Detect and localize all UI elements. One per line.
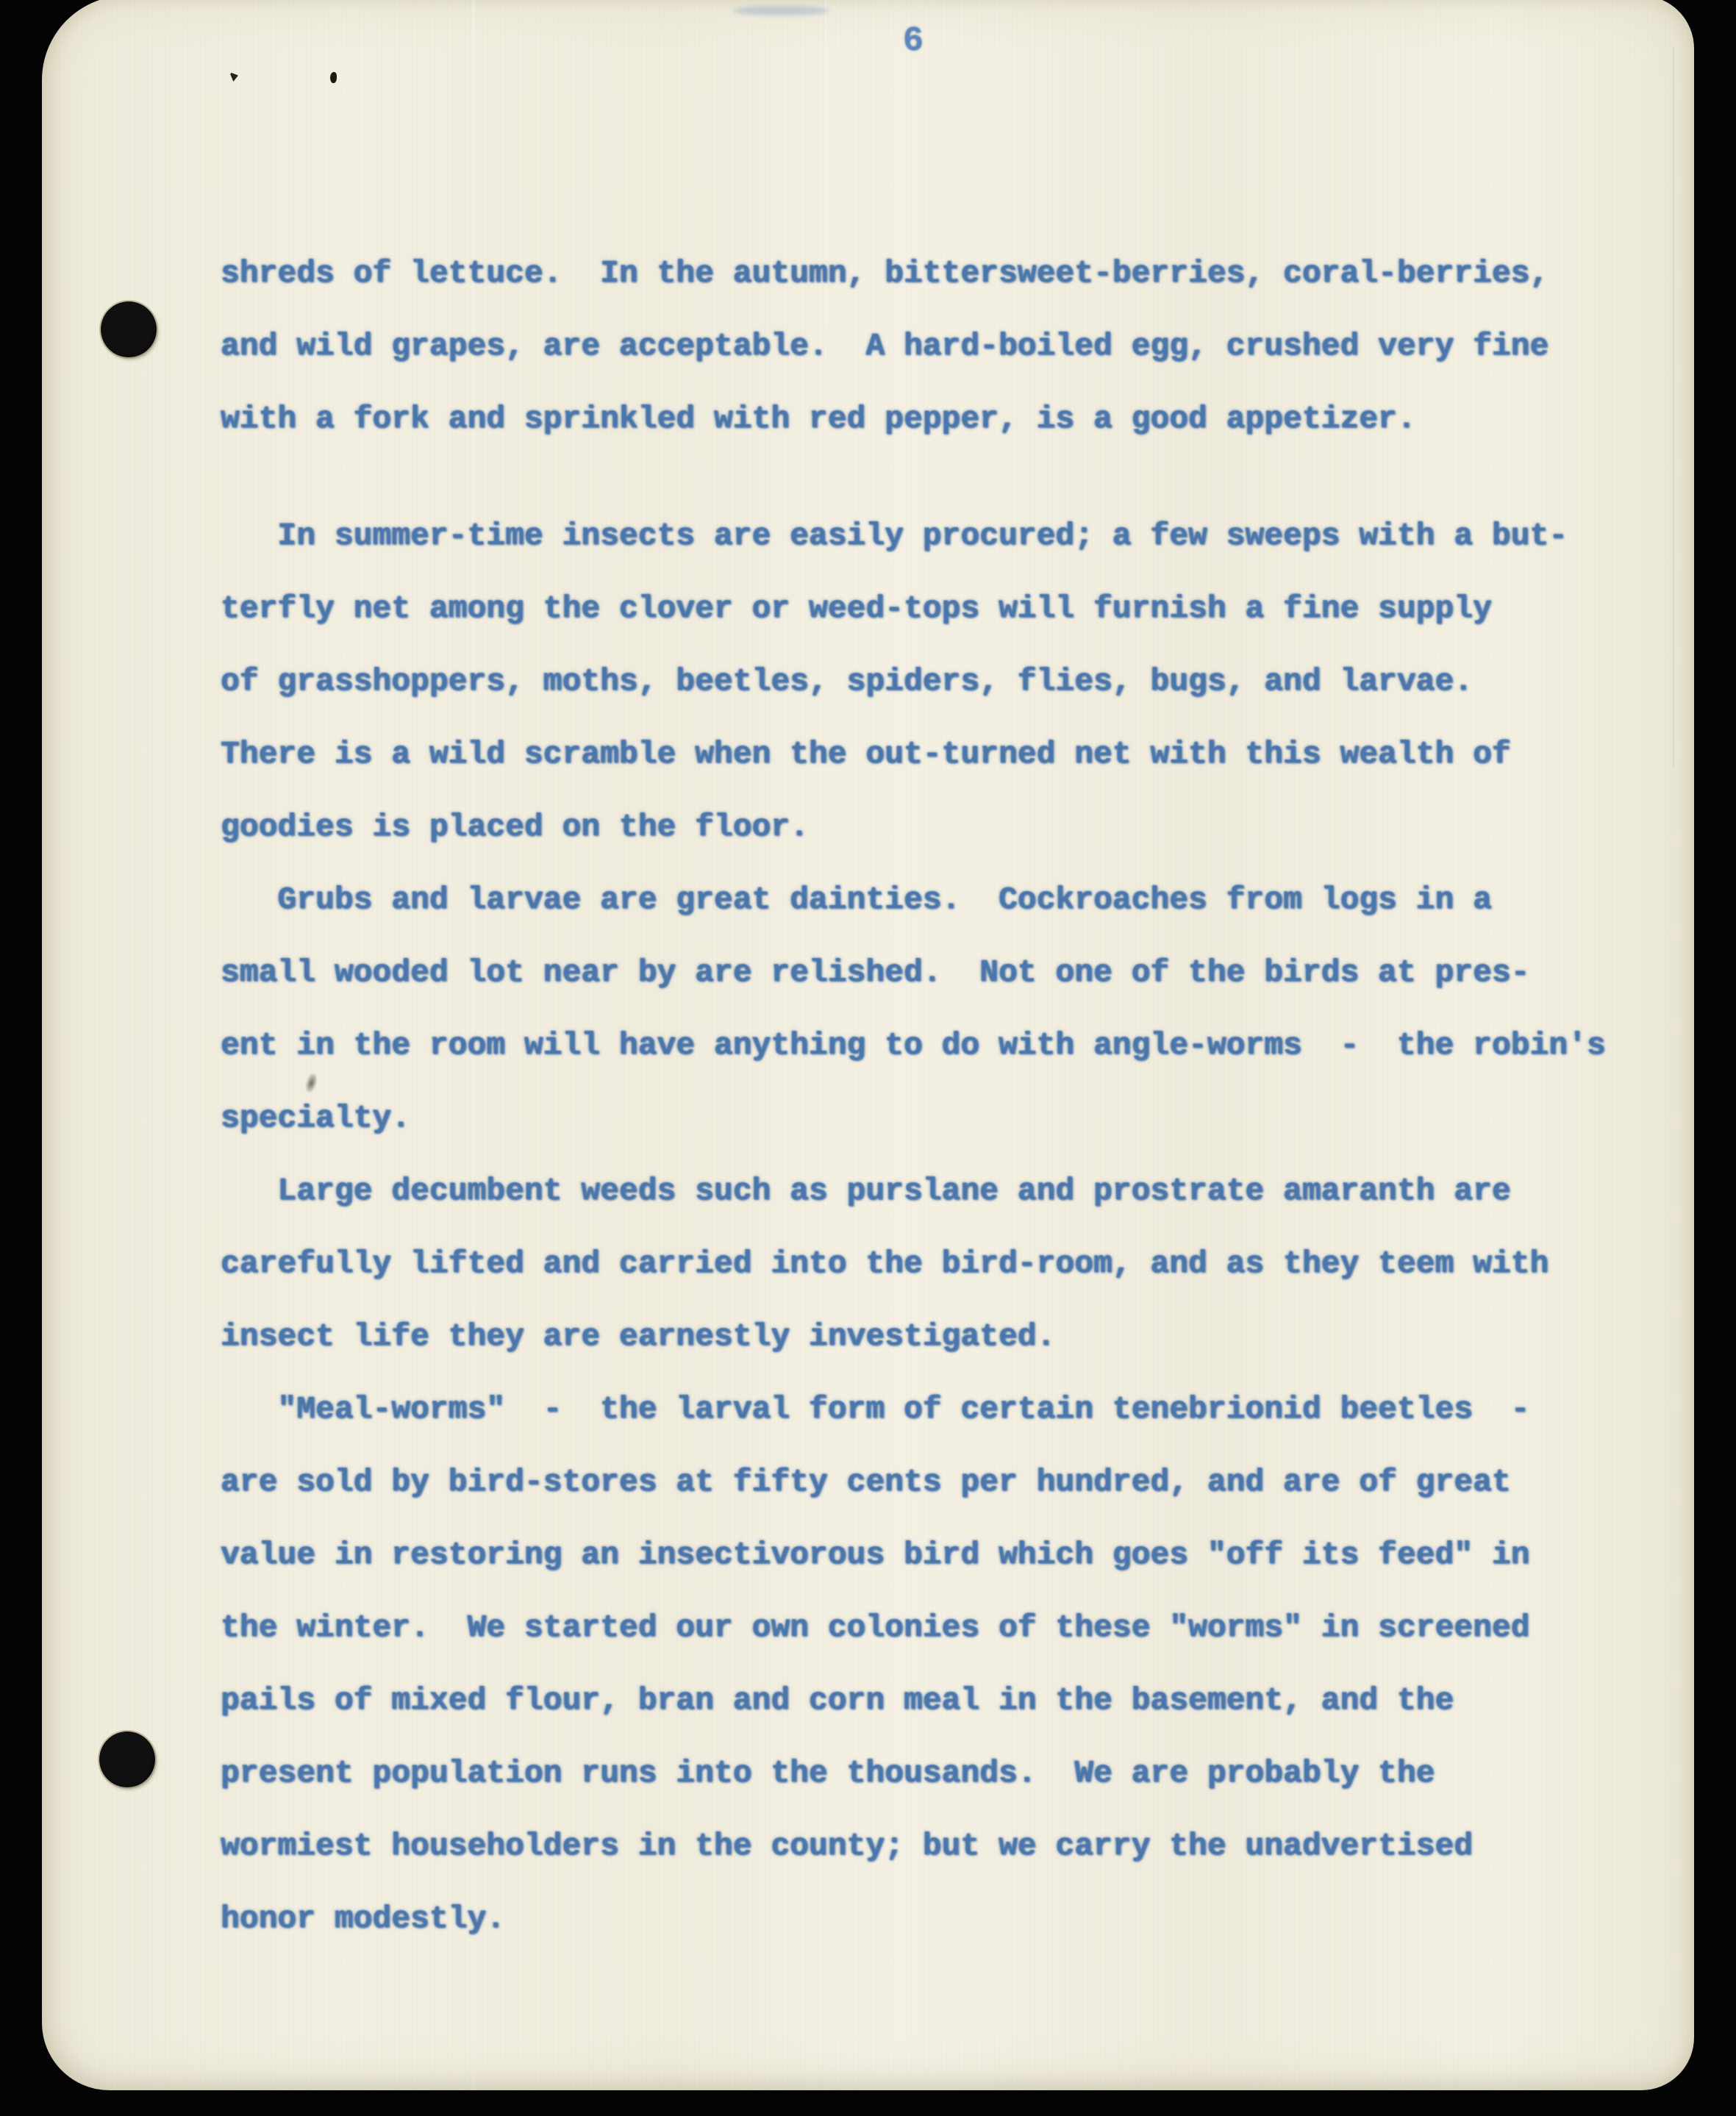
text-line: carefully lifted and carried into the bi… — [221, 1227, 1676, 1300]
punch-hole-top — [101, 301, 157, 357]
text-line: and wild grapes, are acceptable. A hard-… — [221, 310, 1676, 382]
text-line: specialty. — [221, 1082, 1676, 1154]
typewritten-text-block: shreds of lettuce. In the autumn, bitter… — [221, 237, 1676, 1955]
ink-smear — [733, 6, 829, 15]
text-line: small wooded lot near by are relished. N… — [221, 936, 1676, 1009]
scanner-background: 6 shreds of lettuce. In the autumn, bitt… — [0, 0, 1736, 2116]
paper-speck — [330, 72, 337, 83]
text-line: There is a wild scramble when the out-tu… — [221, 718, 1676, 790]
text-line: insect life they are earnestly investiga… — [221, 1300, 1676, 1373]
paper-speck — [229, 72, 238, 82]
text-line: honor modestly. — [221, 1882, 1676, 1955]
punch-hole-bottom — [99, 1731, 155, 1787]
text-line: goodies is placed on the floor. — [221, 790, 1676, 863]
text-line: with a fork and sprinkled with red peppe… — [221, 382, 1676, 455]
text-line: Grubs and larvae are great dainties. Coc… — [221, 863, 1676, 936]
text-line: terfly net among the clover or weed-tops… — [221, 572, 1676, 645]
text-line: pails of mixed flour, bran and corn meal… — [221, 1664, 1676, 1737]
text-line: the winter. We started our own colonies … — [221, 1591, 1676, 1664]
text-line: value in restoring an insectivorous bird… — [221, 1518, 1676, 1591]
text-line: ent in the room will have anything to do… — [221, 1009, 1676, 1082]
text-line: of grasshoppers, moths, beetles, spiders… — [221, 645, 1676, 718]
text-line: are sold by bird-stores at fifty cents p… — [221, 1445, 1676, 1518]
text-line: "Meal-worms" - the larval form of certai… — [221, 1373, 1676, 1445]
page-number: 6 — [854, 22, 972, 61]
text-line: shreds of lettuce. In the autumn, bitter… — [221, 237, 1676, 310]
paper-page: 6 shreds of lettuce. In the autumn, bitt… — [42, 0, 1694, 2090]
text-line: wormiest householders in the county; but… — [221, 1809, 1676, 1882]
text-line: Large decumbent weeds such as purslane a… — [221, 1154, 1676, 1227]
text-line: In summer-time insects are easily procur… — [221, 499, 1676, 572]
text-line: present population runs into the thousan… — [221, 1737, 1676, 1809]
